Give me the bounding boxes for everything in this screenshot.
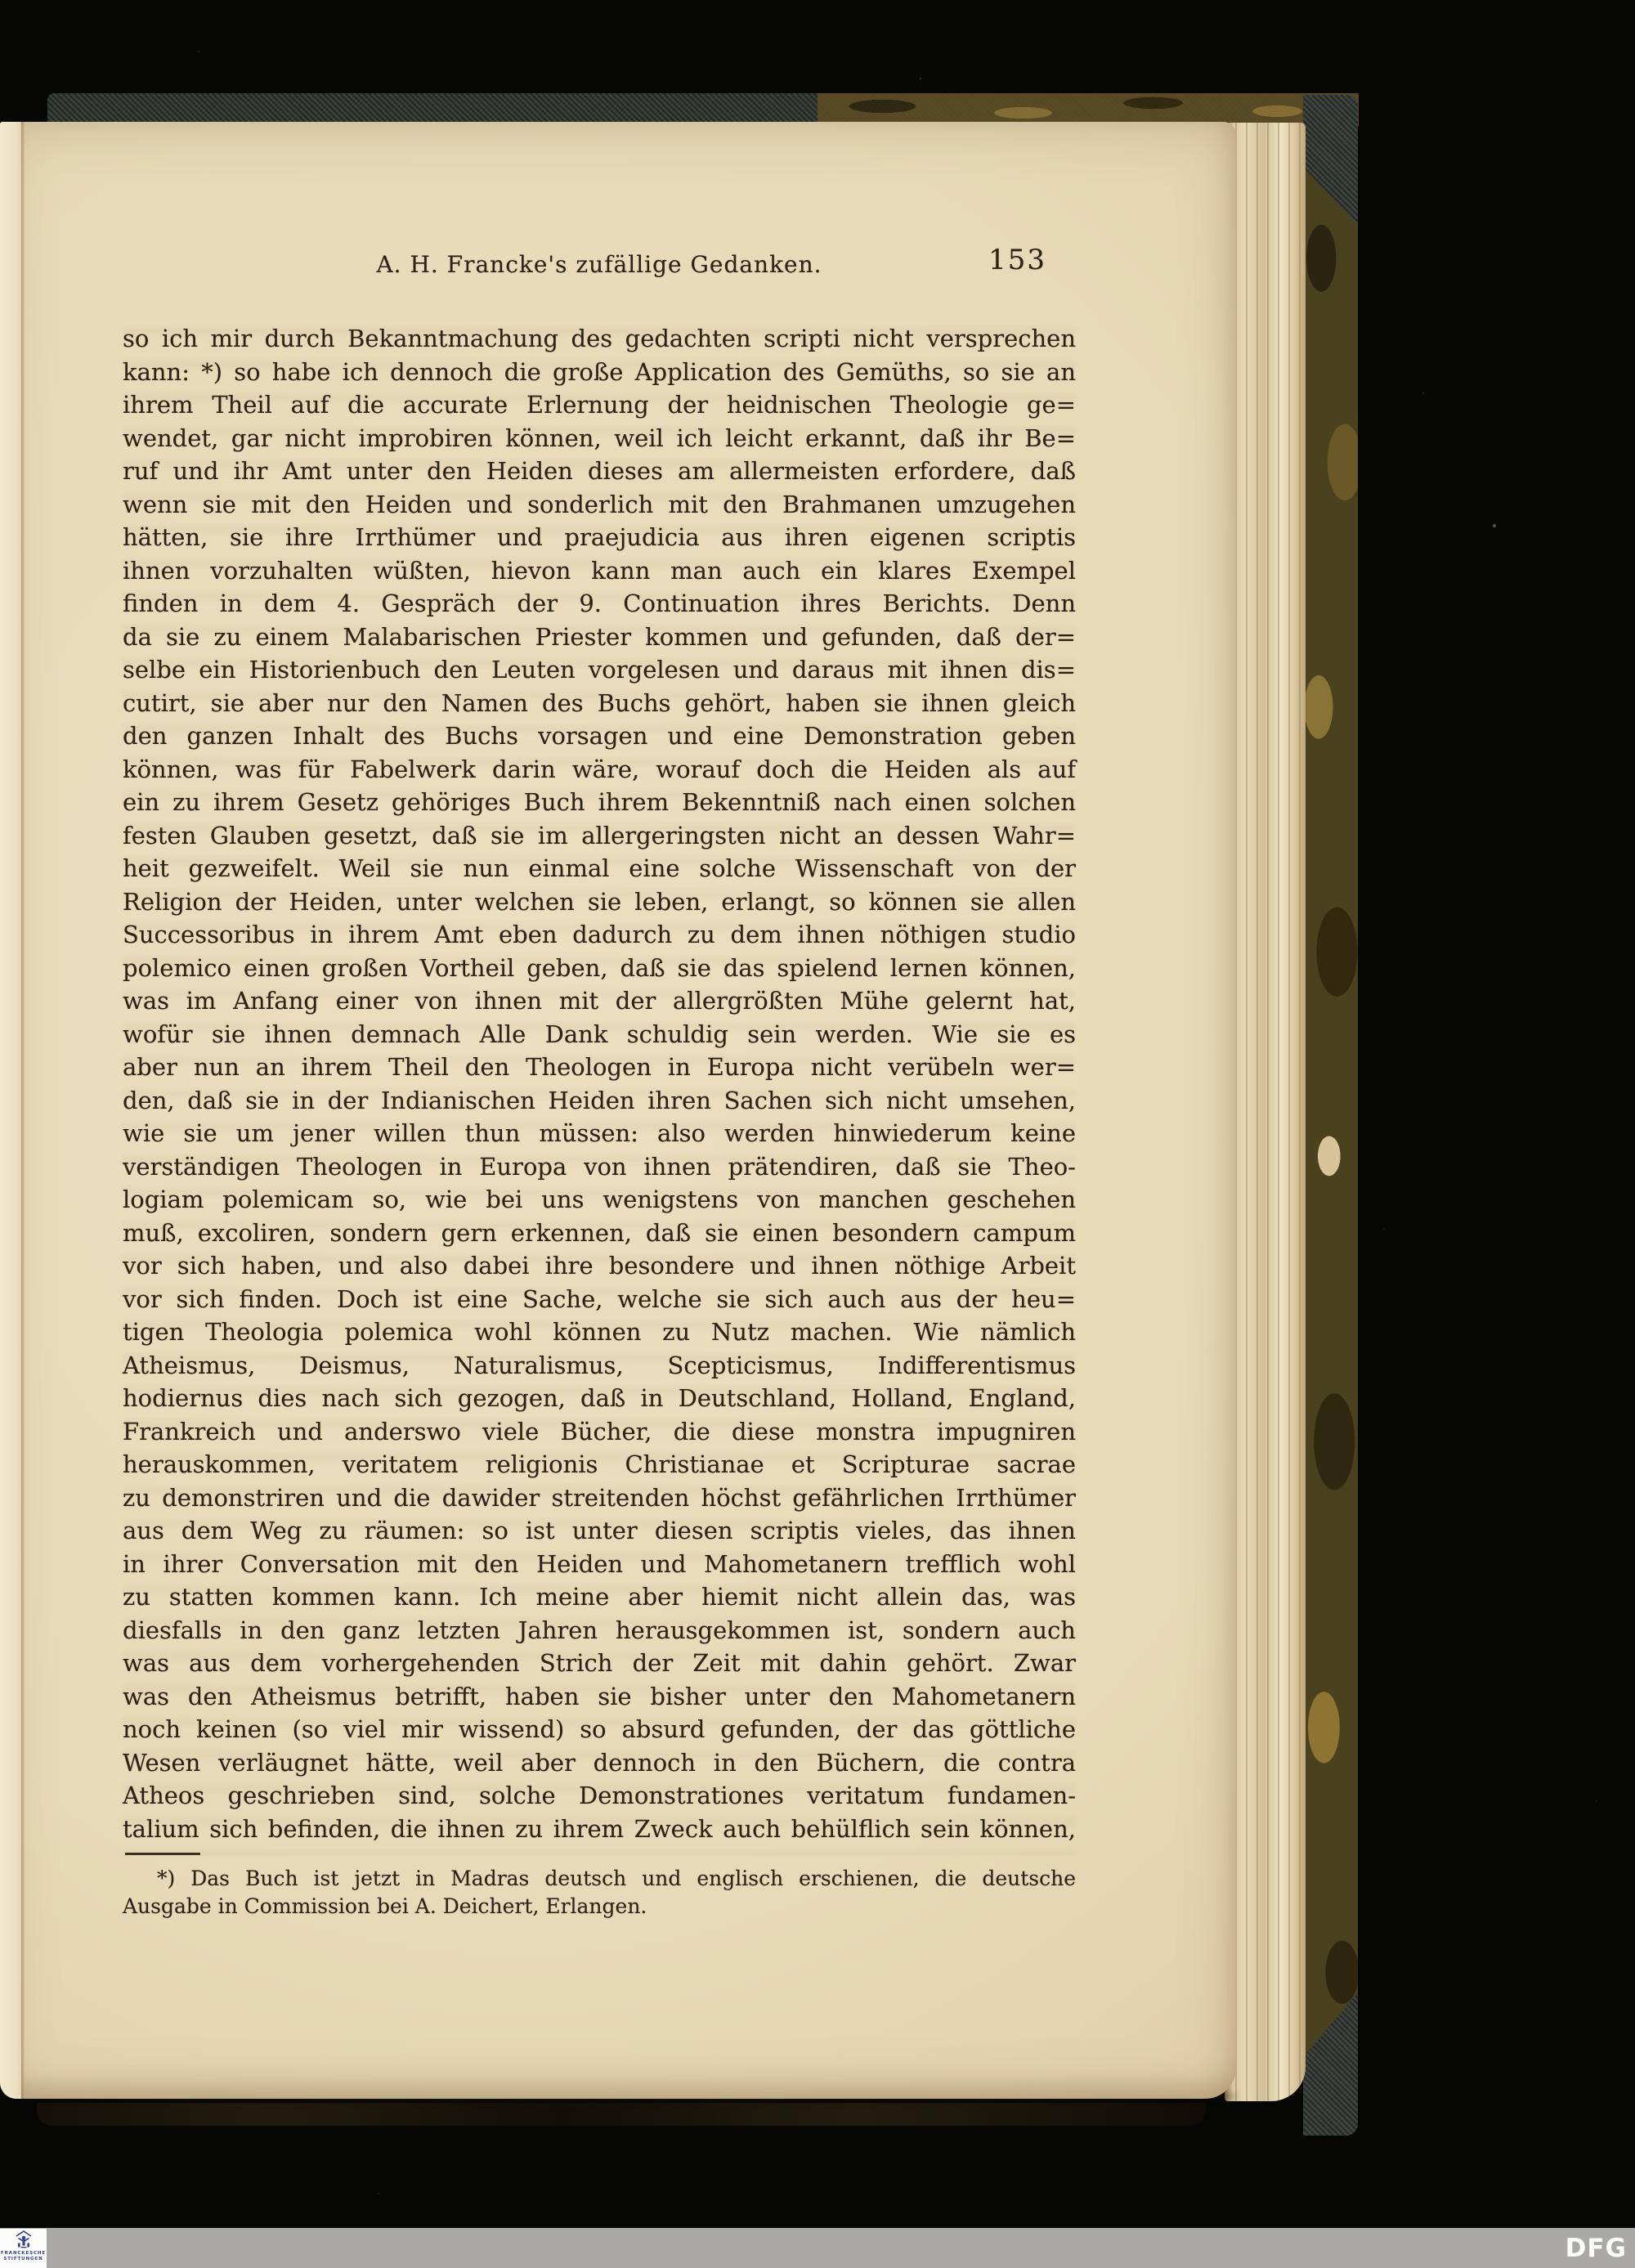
text-line: was den Atheismus betrifft, haben sie bi… — [123, 1680, 1076, 1714]
text-line: heit gezweifelt. Weil sie nun einmal ein… — [123, 852, 1076, 885]
book-fore-edge-pages — [1225, 123, 1306, 2101]
text-line: zu statten kommen kann. Ich meine aber h… — [123, 1580, 1076, 1614]
text-line: tigen Theologia polemica wohl können zu … — [123, 1316, 1076, 1349]
text-line: Wesen verläugnet hätte, weil aber dennoc… — [123, 1746, 1076, 1780]
text-line: können, was für Fabelwerk darin wäre, wo… — [123, 753, 1076, 787]
text-line: aber nun an ihrem Theil den Theologen in… — [123, 1051, 1076, 1084]
text-line: vor sich finden. Doch ist eine Sache, we… — [123, 1283, 1076, 1316]
text-line: polemico einen großen Vortheil geben, da… — [123, 952, 1076, 985]
text-line: was aus dem vorhergehenden Strich der Ze… — [123, 1647, 1076, 1680]
text-line: herauskommen, veritatem religionis Chris… — [123, 1448, 1076, 1481]
text-line: hätten, sie ihre Irrthümer und praejudic… — [123, 521, 1076, 554]
text-line: zu demonstriren und die dawider streiten… — [123, 1481, 1076, 1515]
footnote-separator-rule — [125, 1853, 200, 1855]
text-line: ein zu ihrem Gesetz gehöriges Buch ihrem… — [123, 786, 1076, 819]
viewer-footer-bar: FRANCKESCHE STIFTUNGEN DFG — [0, 2228, 1635, 2268]
book-cover-right-edge — [1303, 95, 1358, 2136]
page-number: 153 — [988, 244, 1046, 276]
text-line: finden in dem 4. Gespräch der 9. Continu… — [123, 587, 1076, 621]
running-title: A. H. Francke's zufällige Gedanken. — [376, 251, 822, 278]
text-line: kann: *) so habe ich dennoch die große A… — [123, 356, 1076, 389]
text-line: wie sie um jener willen thun müssen: als… — [123, 1117, 1076, 1150]
body-text: so ich mir durch Bekanntmachung des geda… — [123, 322, 1076, 1845]
text-line: aus dem Weg zu räumen: so ist unter dies… — [123, 1514, 1076, 1548]
text-line: Successoribus in ihrem Amt eben dadurch … — [123, 918, 1076, 952]
text-line: ruf und ihr Amt unter den Heiden dieses … — [123, 455, 1076, 488]
text-line: den ganzen Inhalt des Buchs vorsagen und… — [123, 719, 1076, 753]
footnote: *) Das Buch ist jetzt in Madras deutsch … — [123, 1865, 1076, 1920]
text-line: den, daß sie in der Indianischen Heiden … — [123, 1084, 1076, 1118]
dfg-logo: DFG — [1566, 2234, 1627, 2263]
text-line: logiam polemicam so, wie bei uns wenigst… — [123, 1183, 1076, 1217]
text-line: noch keinen (so viel mir wissend) so abs… — [123, 1713, 1076, 1746]
text-line: so ich mir durch Bekanntmachung des geda… — [123, 322, 1076, 356]
cloth-corner-top — [1303, 95, 1358, 226]
library-logo-line1: FRANCKESCHE — [1, 2251, 46, 2256]
library-logo-text: FRANCKESCHE STIFTUNGEN — [1, 2251, 46, 2262]
text-line: Frankreich und anderswo viele Bücher, di… — [123, 1415, 1076, 1449]
text-line: diesfalls in den ganz letzten Jahren her… — [123, 1614, 1076, 1647]
footnote-line: Ausgabe in Commission bei A. Deichert, E… — [123, 1893, 1076, 1921]
gutter-fold-line — [21, 122, 25, 2099]
text-line: Atheismus, Deismus, Naturalismus, Scepti… — [123, 1349, 1076, 1383]
text-line: Religion der Heiden, unter welchen sie l… — [123, 885, 1076, 919]
text-line: Atheos geschrieben sind, solche Demonstr… — [123, 1779, 1076, 1813]
franckesche-stiftungen-logo: FRANCKESCHE STIFTUNGEN — [0, 2229, 47, 2268]
text-line: wendet, gar nicht improbiren können, wei… — [123, 422, 1076, 455]
text-line: hodiernus dies nach sich gezogen, daß in… — [123, 1382, 1076, 1415]
footnote-line: *) Das Buch ist jetzt in Madras deutsch … — [123, 1865, 1076, 1893]
page-header: A. H. Francke's zufällige Gedanken. 153 — [123, 247, 1076, 283]
facing-page-edge — [0, 122, 21, 2099]
book-cover-top-edge — [47, 93, 1359, 126]
marbled-paper-top — [817, 93, 1359, 126]
digitized-book-scan: A. H. Francke's zufällige Gedanken. 153 … — [0, 0, 1635, 2268]
text-line: wofür sie ihnen demnach Alle Dank schuld… — [123, 1018, 1076, 1051]
cloth-corner-bottom — [1303, 1992, 1358, 2136]
text-line: talium sich befinden, die ihnen zu ihrem… — [123, 1813, 1076, 1846]
dust-specks — [0, 0, 2, 2]
library-logo-line2: STIFTUNGEN — [3, 2257, 43, 2261]
marbled-paper-bottom — [37, 2103, 1206, 2126]
text-line: verständigen Theologen in Europa von ihn… — [123, 1150, 1076, 1184]
text-line: ihrem Theil auf die accurate Erlernung d… — [123, 388, 1076, 422]
text-line: in ihrer Conversation mit den Heiden und… — [123, 1548, 1076, 1581]
text-line: festen Glauben gesetzt, daß sie im aller… — [123, 819, 1076, 853]
text-line: cutirt, sie aber nur den Namen des Buchs… — [123, 687, 1076, 720]
text-line: ihnen vorzuhalten wüßten, hievon kann ma… — [123, 554, 1076, 588]
text-line: selbe ein Historienbuch den Leuten vorge… — [123, 653, 1076, 687]
text-line: was im Anfang einer von ihnen mit der al… — [123, 984, 1076, 1018]
franckesche-stiftungen-icon — [15, 2230, 33, 2250]
text-line: da sie zu einem Malabarischen Priester k… — [123, 621, 1076, 654]
text-line: vor sich haben, und also dabei ihre beso… — [123, 1249, 1076, 1283]
text-line: wenn sie mit den Heiden und sonderlich m… — [123, 488, 1076, 522]
text-line: muß, excoliren, sondern gern erkennen, d… — [123, 1217, 1076, 1250]
